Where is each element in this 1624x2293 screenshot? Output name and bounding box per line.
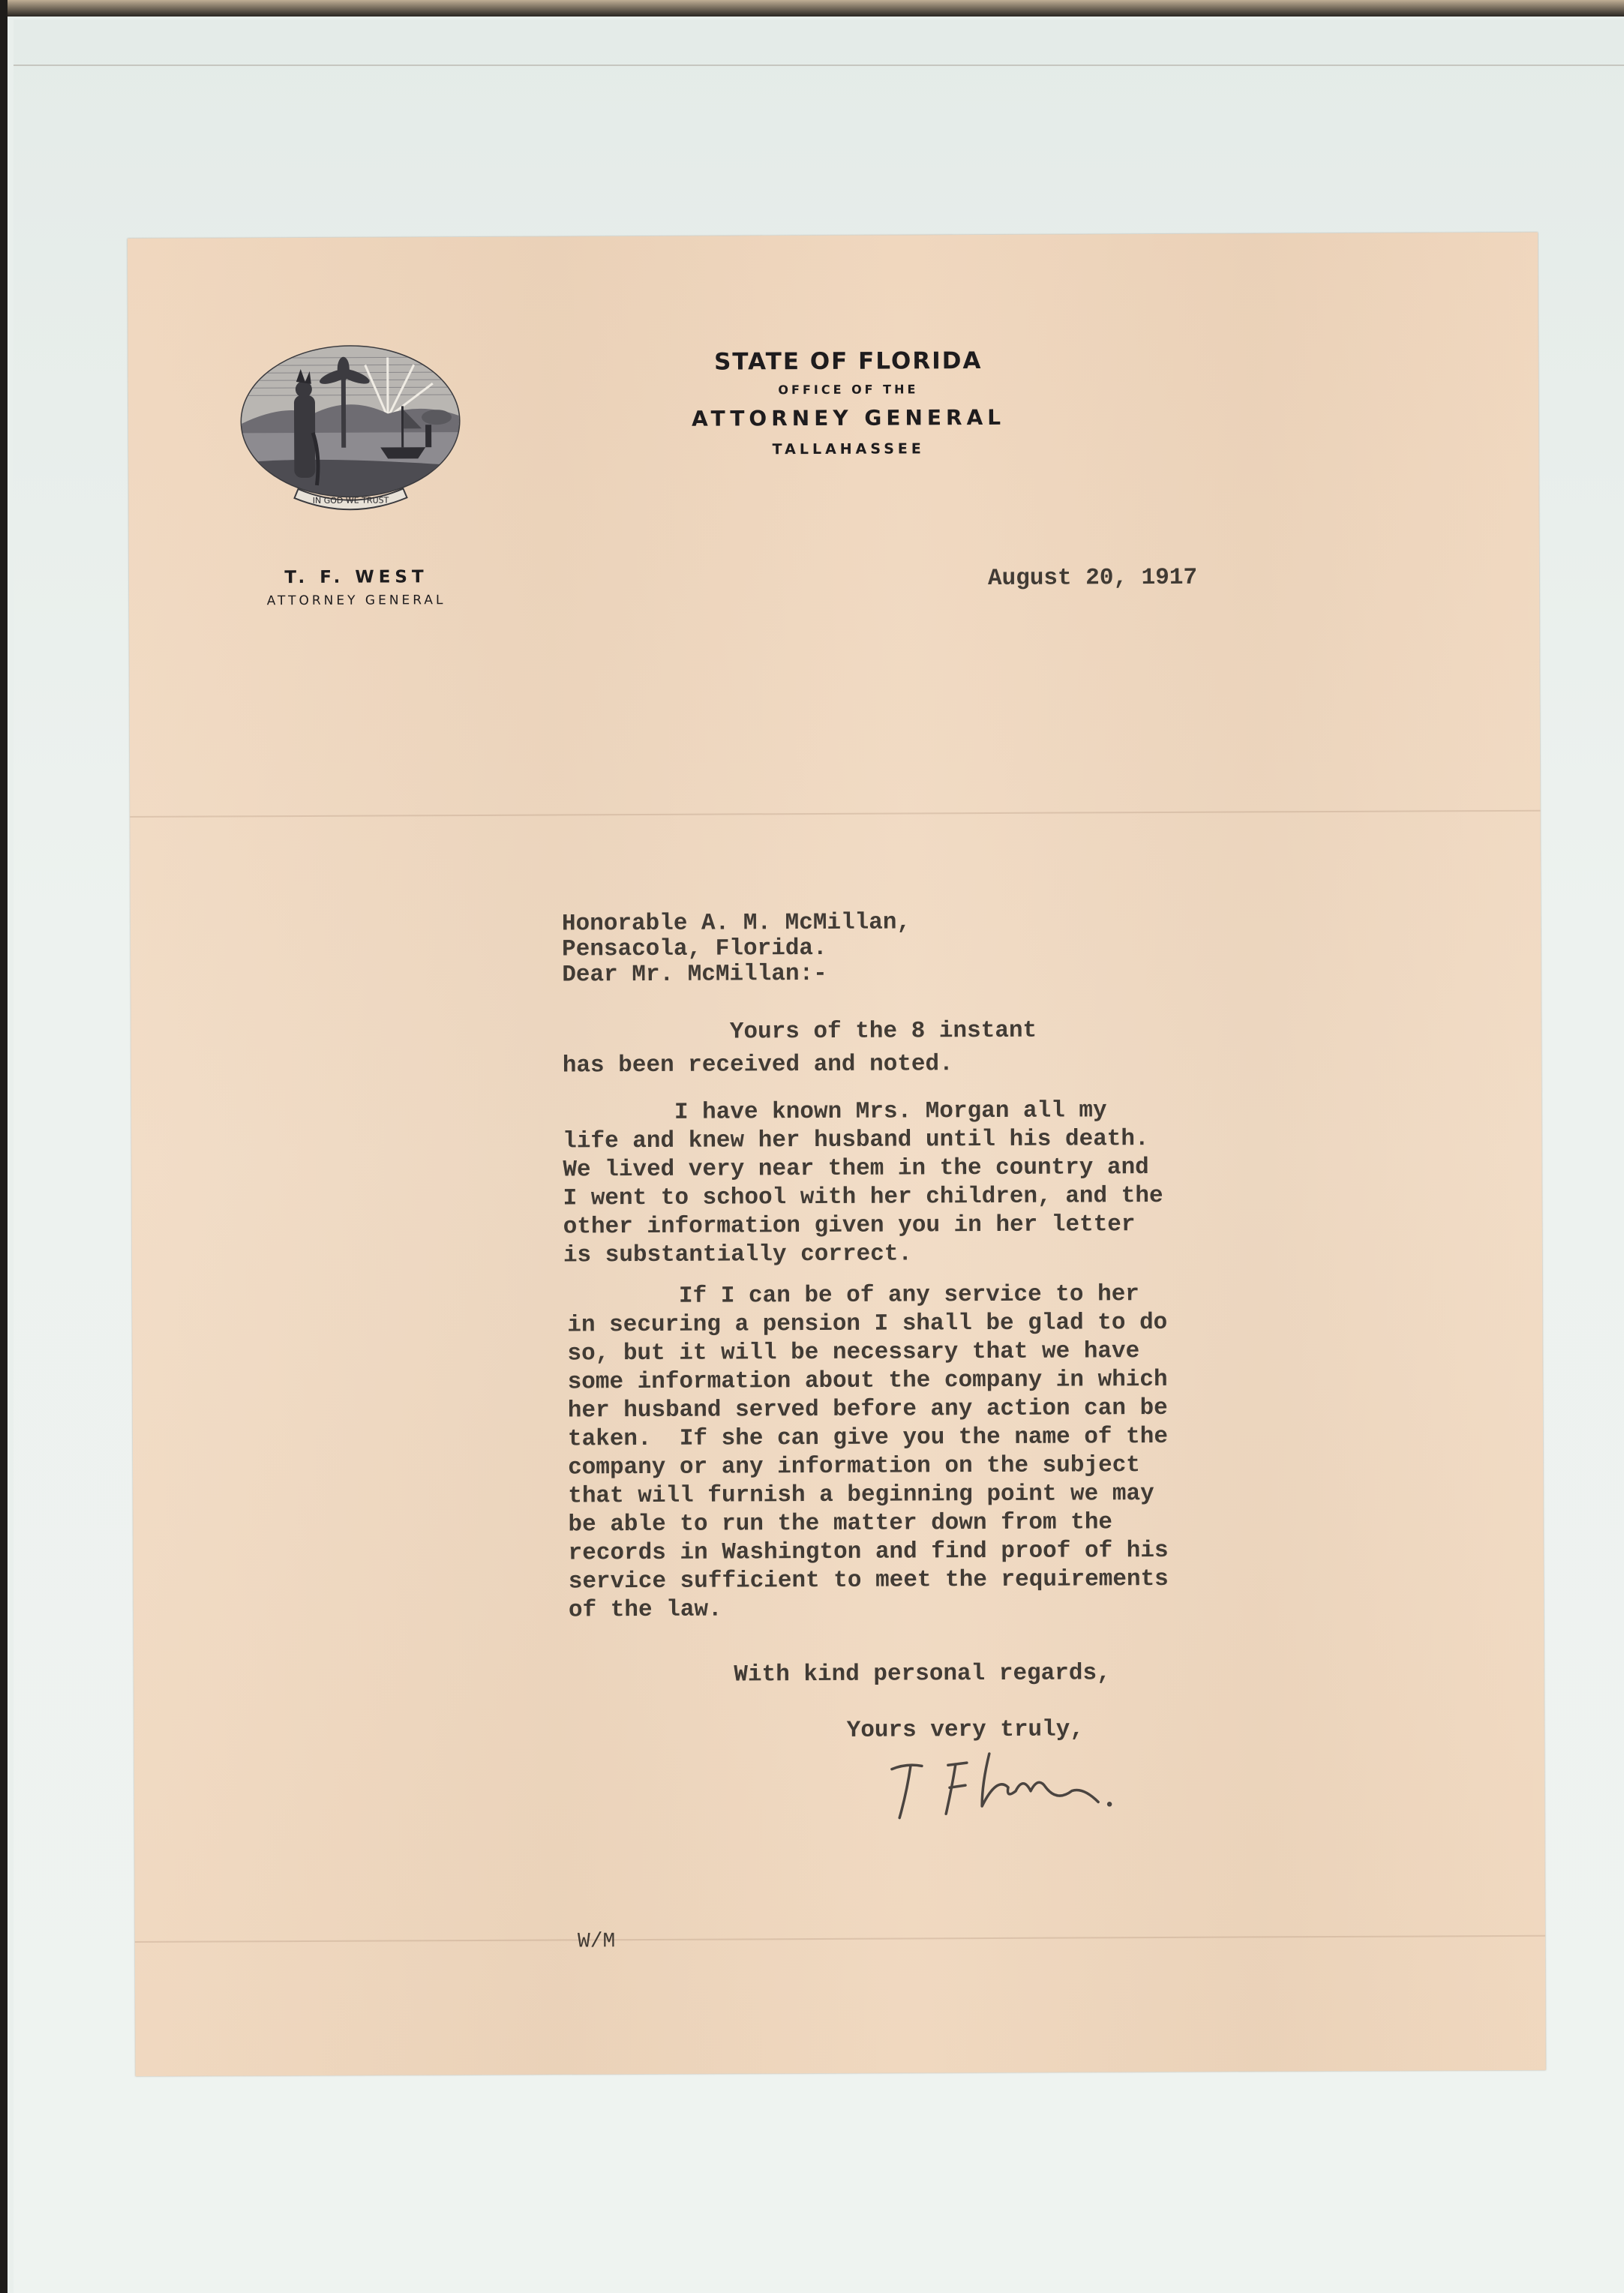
letterhead-city: TALLAHASSEE xyxy=(653,440,1043,458)
closing-line: With kind personal regards, xyxy=(734,1659,1110,1689)
fold-line xyxy=(130,810,1540,818)
officer-title: ATTORNEY GENERAL xyxy=(240,593,473,608)
fold-line xyxy=(135,1935,1545,1943)
typist-initials: W/M xyxy=(578,1928,616,1956)
officer-block: T. F. WEST ATTORNEY GENERAL xyxy=(240,567,473,608)
valediction: Yours very truly, xyxy=(847,1715,1084,1745)
letterhead-office-of: OFFICE OF THE xyxy=(653,382,1043,398)
recipient-line: Honorable A. M. McMillan, xyxy=(562,910,911,937)
salutation: Dear Mr. McMillan:- xyxy=(562,961,911,988)
officer-name: T. F. WEST xyxy=(240,567,473,587)
florida-state-seal-icon: IN GOD WE TRUST xyxy=(238,342,464,515)
paragraph-1: Yours of the 8 instant has been received… xyxy=(563,1015,1037,1083)
svg-text:IN GOD WE TRUST: IN GOD WE TRUST xyxy=(313,495,389,505)
letterhead-department: ATTORNEY GENERAL xyxy=(653,405,1043,431)
letter-page: IN GOD WE TRUST STATE OF FLORIDA OFFICE … xyxy=(128,233,1546,2076)
scanner-edge-top xyxy=(0,0,1624,17)
letterhead-state: STATE OF FLORIDA xyxy=(653,347,1043,376)
paragraph-3: If I can be of any service to her in sec… xyxy=(567,1280,1169,1625)
recipient-address: Honorable A. M. McMillan,Pensacola, Flor… xyxy=(562,910,911,988)
recipient-line: Pensacola, Florida. xyxy=(562,935,911,962)
letterhead: STATE OF FLORIDA OFFICE OF THE ATTORNEY … xyxy=(653,347,1044,458)
paragraph-2: I have known Mrs. Morgan all my life and… xyxy=(563,1097,1163,1270)
letter-date: August 20, 1917 xyxy=(988,564,1197,593)
scanner-edge-left xyxy=(0,0,8,2293)
handwritten-signature xyxy=(877,1745,1124,1829)
mount-crease xyxy=(14,65,1624,66)
